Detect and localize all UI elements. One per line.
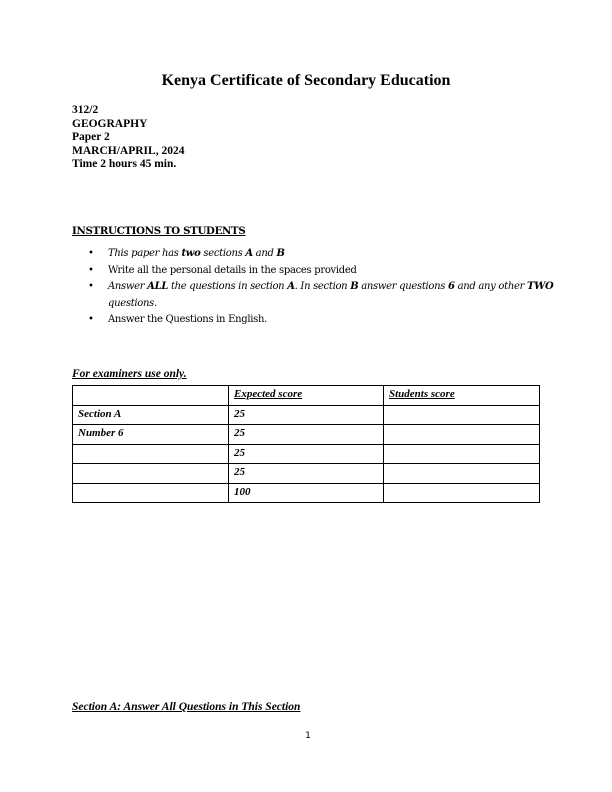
row-label xyxy=(73,464,229,484)
student-score[interactable] xyxy=(384,464,540,484)
row-label xyxy=(73,444,229,464)
expected-score: 25 xyxy=(229,464,384,484)
row-label: Section A xyxy=(73,405,229,425)
table-row: Number 6 25 xyxy=(73,425,540,445)
table-header-row: Expected score Students score xyxy=(73,386,540,406)
exam-date: MARCH/APRIL, 2024 xyxy=(72,145,184,159)
table-row-total: 100 xyxy=(73,483,540,503)
instruction-item: Answer the Questions in English. xyxy=(88,312,558,329)
section-a-heading: Section A: Answer All Questions in This … xyxy=(72,701,300,713)
subject: GEOGRAPHY xyxy=(72,118,184,132)
column-header-student: Students score xyxy=(384,386,540,406)
student-score[interactable] xyxy=(384,425,540,445)
instruction-item: Write all the personal details in the sp… xyxy=(88,263,558,280)
expected-score: 25 xyxy=(229,425,384,445)
page-number: 1 xyxy=(0,731,612,741)
expected-score: 25 xyxy=(229,444,384,464)
instruction-item: Answer ALL the questions in section A. I… xyxy=(88,279,558,312)
exam-metadata: 312/2 GEOGRAPHY Paper 2 MARCH/APRIL, 202… xyxy=(72,104,184,172)
instruction-item: This paper has two sections A and B xyxy=(88,246,558,263)
paper-code: 312/2 xyxy=(72,104,184,118)
exam-duration: Time 2 hours 45 min. xyxy=(72,158,184,172)
score-table: Expected score Students score Section A … xyxy=(72,385,540,503)
expected-score: 25 xyxy=(229,405,384,425)
student-score-total[interactable] xyxy=(384,483,540,503)
row-label xyxy=(73,483,229,503)
expected-score-total: 100 xyxy=(229,483,384,503)
examiners-label: For examiners use only. xyxy=(72,368,187,380)
column-header-expected: Expected score xyxy=(229,386,384,406)
table-row: 25 xyxy=(73,464,540,484)
student-score[interactable] xyxy=(384,444,540,464)
exam-page: Kenya Certificate of Secondary Education… xyxy=(0,0,612,792)
row-label: Number 6 xyxy=(73,425,229,445)
instructions-list: This paper has two sections A and B Writ… xyxy=(88,246,558,329)
table-row: Section A 25 xyxy=(73,405,540,425)
table-row: 25 xyxy=(73,444,540,464)
paper-number: Paper 2 xyxy=(72,131,184,145)
column-header xyxy=(73,386,229,406)
instructions-heading: INSTRUCTIONS TO STUDENTS xyxy=(72,225,245,237)
student-score[interactable] xyxy=(384,405,540,425)
document-title: Kenya Certificate of Secondary Education xyxy=(0,72,612,90)
